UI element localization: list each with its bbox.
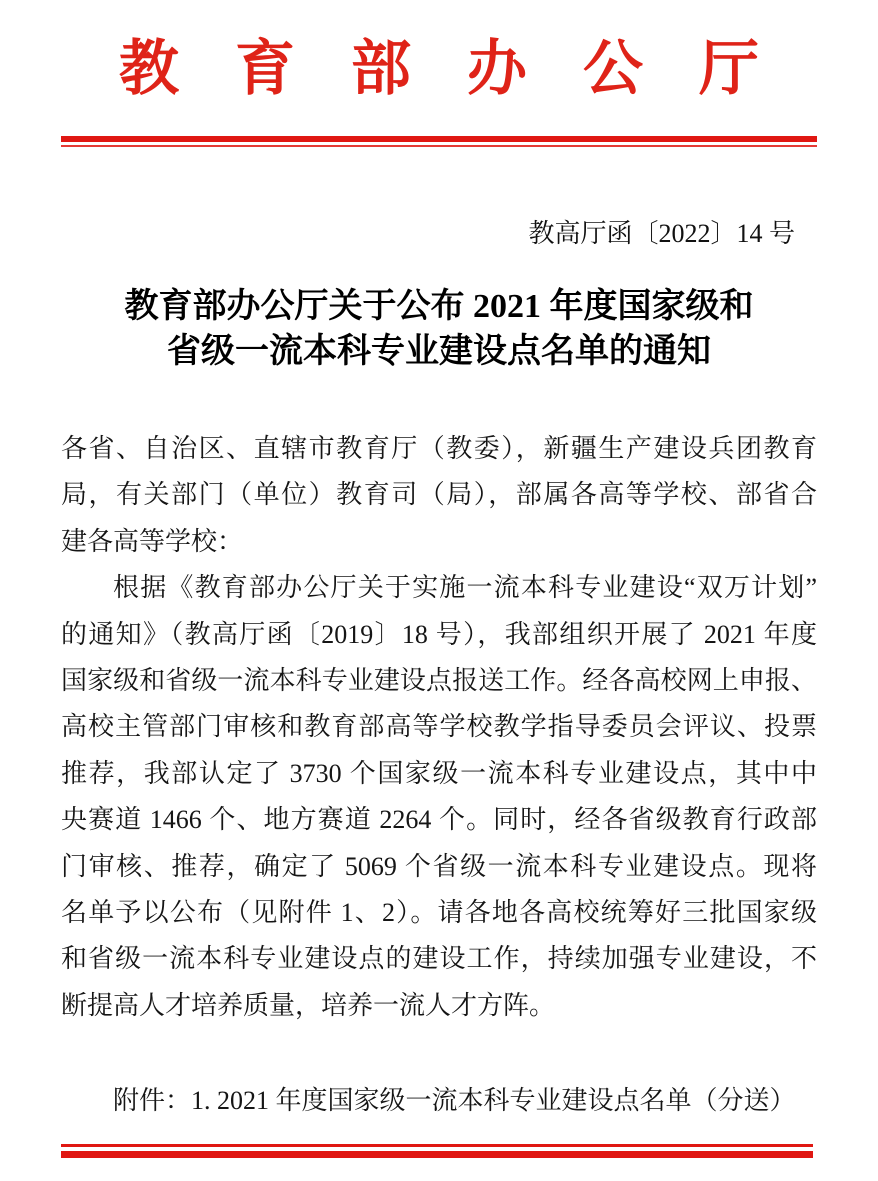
body-line: 断提高人才培养质量，培养一流人才方阵。	[61, 983, 817, 1029]
document-title-line1: 教育部办公厅关于公布 2021 年度国家级和	[61, 284, 817, 329]
attachment-line: 附件：1. 2021 年度国家级一流本科专业建设点名单（分送）	[61, 1085, 817, 1117]
body-line: 央赛道 1466 个、地方赛道 2264 个。同时，经各省级教育行政部	[61, 797, 817, 843]
letterhead-rule-thin	[61, 145, 817, 147]
footer-rule-thick	[61, 1151, 813, 1158]
body-line: 国家级和省级一流本科专业建设点报送工作。经各高校网上申报、	[61, 658, 817, 704]
body-line: 的通知》（教高厅函〔2019〕18 号），我部组织开展了 2021 年度	[61, 612, 817, 658]
letterhead-rule-thick	[61, 136, 817, 142]
body-line: 推荐，我部认定了 3730 个国家级一流本科专业建设点，其中中	[61, 751, 817, 797]
document-number: 教高厅函〔2022〕14 号	[61, 217, 817, 251]
letterhead-agency-name: 教育部办公厅	[61, 0, 817, 102]
document-title-line2: 省级一流本科专业建设点名单的通知	[61, 329, 817, 374]
document-title: 教育部办公厅关于公布 2021 年度国家级和 省级一流本科专业建设点名单的通知	[61, 284, 817, 374]
document-body: 各省、自治区、直辖市教育厅（教委），新疆生产建设兵团教育 局，有关部门（单位）教…	[61, 426, 817, 1029]
body-line: 高校主管部门审核和教育部高等学校教学指导委员会评议、投票	[61, 704, 817, 750]
document-page: 教育部办公厅 教高厅函〔2022〕14 号 教育部办公厅关于公布 2021 年度…	[0, 0, 878, 1181]
body-line: 门审核、推荐，确定了 5069 个省级一流本科专业建设点。现将	[61, 844, 817, 890]
body-line: 各省、自治区、直辖市教育厅（教委），新疆生产建设兵团教育	[61, 426, 817, 472]
footer-rule-thin	[61, 1144, 813, 1147]
body-line: 名单予以公布（见附件 1、2）。请各地各高校统筹好三批国家级	[61, 890, 817, 936]
body-line: 和省级一流本科专业建设点的建设工作，持续加强专业建设，不	[61, 936, 817, 982]
body-line: 建各高等学校：	[61, 519, 817, 565]
body-line: 局，有关部门（单位）教育司（局），部属各高等学校、部省合	[61, 472, 817, 518]
body-line: 根据《教育部办公厅关于实施一流本科专业建设“双万计划”	[61, 565, 817, 611]
footer-rules	[61, 1144, 813, 1158]
